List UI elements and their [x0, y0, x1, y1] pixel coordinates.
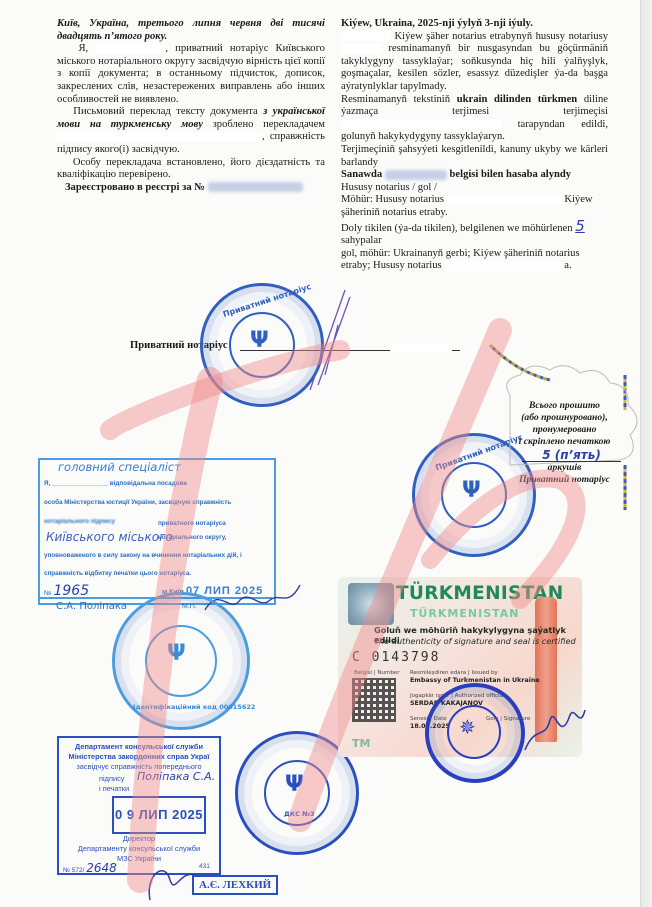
handwritten-sheet-count: 5 (п’ять) [522, 449, 621, 462]
qr-code-icon [352, 678, 396, 722]
redacted-name-2 [341, 44, 381, 54]
redacted-translator [57, 132, 152, 142]
ukrainian-registry: Зареєстровано в реєстрі за № [57, 182, 325, 195]
redacted-name [341, 31, 391, 41]
embassy-signature [520, 700, 590, 760]
ukrainian-paragraph-2: Письмовий переклад тексту документа з ук… [57, 106, 325, 156]
turkmen-pages-note: Doly tikilen (ýa-da tikilen), belgilenen… [341, 220, 608, 248]
turkmen-text-column: Kiýew, Ukraina, 2025-nji ýylyň 3-nji iýu… [341, 18, 608, 273]
ukrainian-text-column: Київ, Україна, третього липня червня дві… [57, 18, 325, 194]
notary-signature-scribble [300, 285, 360, 395]
hologram-icon [348, 583, 394, 625]
star-emblem-icon: ✵ [459, 715, 476, 740]
official-name: С.А. Поліпака [56, 601, 127, 612]
handwritten-page-count: 5 [575, 217, 585, 235]
ukrainian-paragraph-1: Я, , приватний нотаріус Київського міськ… [57, 43, 325, 106]
redacted-name [95, 44, 165, 54]
sticker-serial-number: C 0143798 [352, 650, 440, 665]
turkmen-paragraph-1: Kiýew şäher notarius etrabynyň hususy no… [341, 31, 608, 94]
ukrainian-paragraph-3: Особу перекладача встановлено, його дієз… [57, 157, 325, 182]
consular-date-box: 0 9 ЛИП 2025 [112, 796, 206, 834]
redacted-notary [444, 261, 564, 271]
director-name-box: А.Є. ЛЕХКИЙ [192, 875, 278, 895]
redacted-notary-name [390, 343, 452, 353]
turkmen-signature-note: Hususy notarius / gol / [341, 182, 608, 195]
ukrainian-heading: Київ, Україна, третього липня червня дві… [57, 18, 325, 43]
trident-icon: Ψ [250, 328, 269, 353]
turkmen-paragraph-3: Terjimeçiniň şahsyýeti kesgitlenildi, ka… [341, 144, 608, 169]
binding-certificate: Всього прошито (або прошнуровано), прону… [502, 400, 627, 486]
redacted-registry-number [208, 182, 303, 192]
turkmen-heading: Kiýew, Ukraina, 2025-nji ýylyň 3-nji iýu… [341, 18, 608, 31]
redacted-translator-2 [152, 132, 262, 142]
turkmen-registry: Sanawda belgisi bilen hasaba alyndy [341, 169, 608, 182]
redacted-notary [447, 195, 562, 205]
handwritten-consular-number: 2648 [86, 861, 117, 875]
turkmen-final-note: gol, möhür: Ukrainanyň gerbi; Kiýew şähe… [341, 248, 608, 273]
redacted-translator [341, 119, 501, 129]
turkmen-seal-note: Möhür: Hususy notarius Kiýew şäheriniň n… [341, 194, 608, 219]
trident-icon: Ψ [285, 772, 304, 797]
redacted-registry-number [385, 170, 447, 180]
turkmen-paragraph-2: Resminamanyň tekstiniň ukrain dilinden t… [341, 94, 608, 144]
ministry-justice-seal: Ψ Ідентифікаційний код 00015622 [112, 592, 250, 730]
director-signature [140, 855, 200, 905]
embassy-seal: ✵ [425, 683, 525, 783]
trident-icon: Ψ [167, 641, 186, 666]
